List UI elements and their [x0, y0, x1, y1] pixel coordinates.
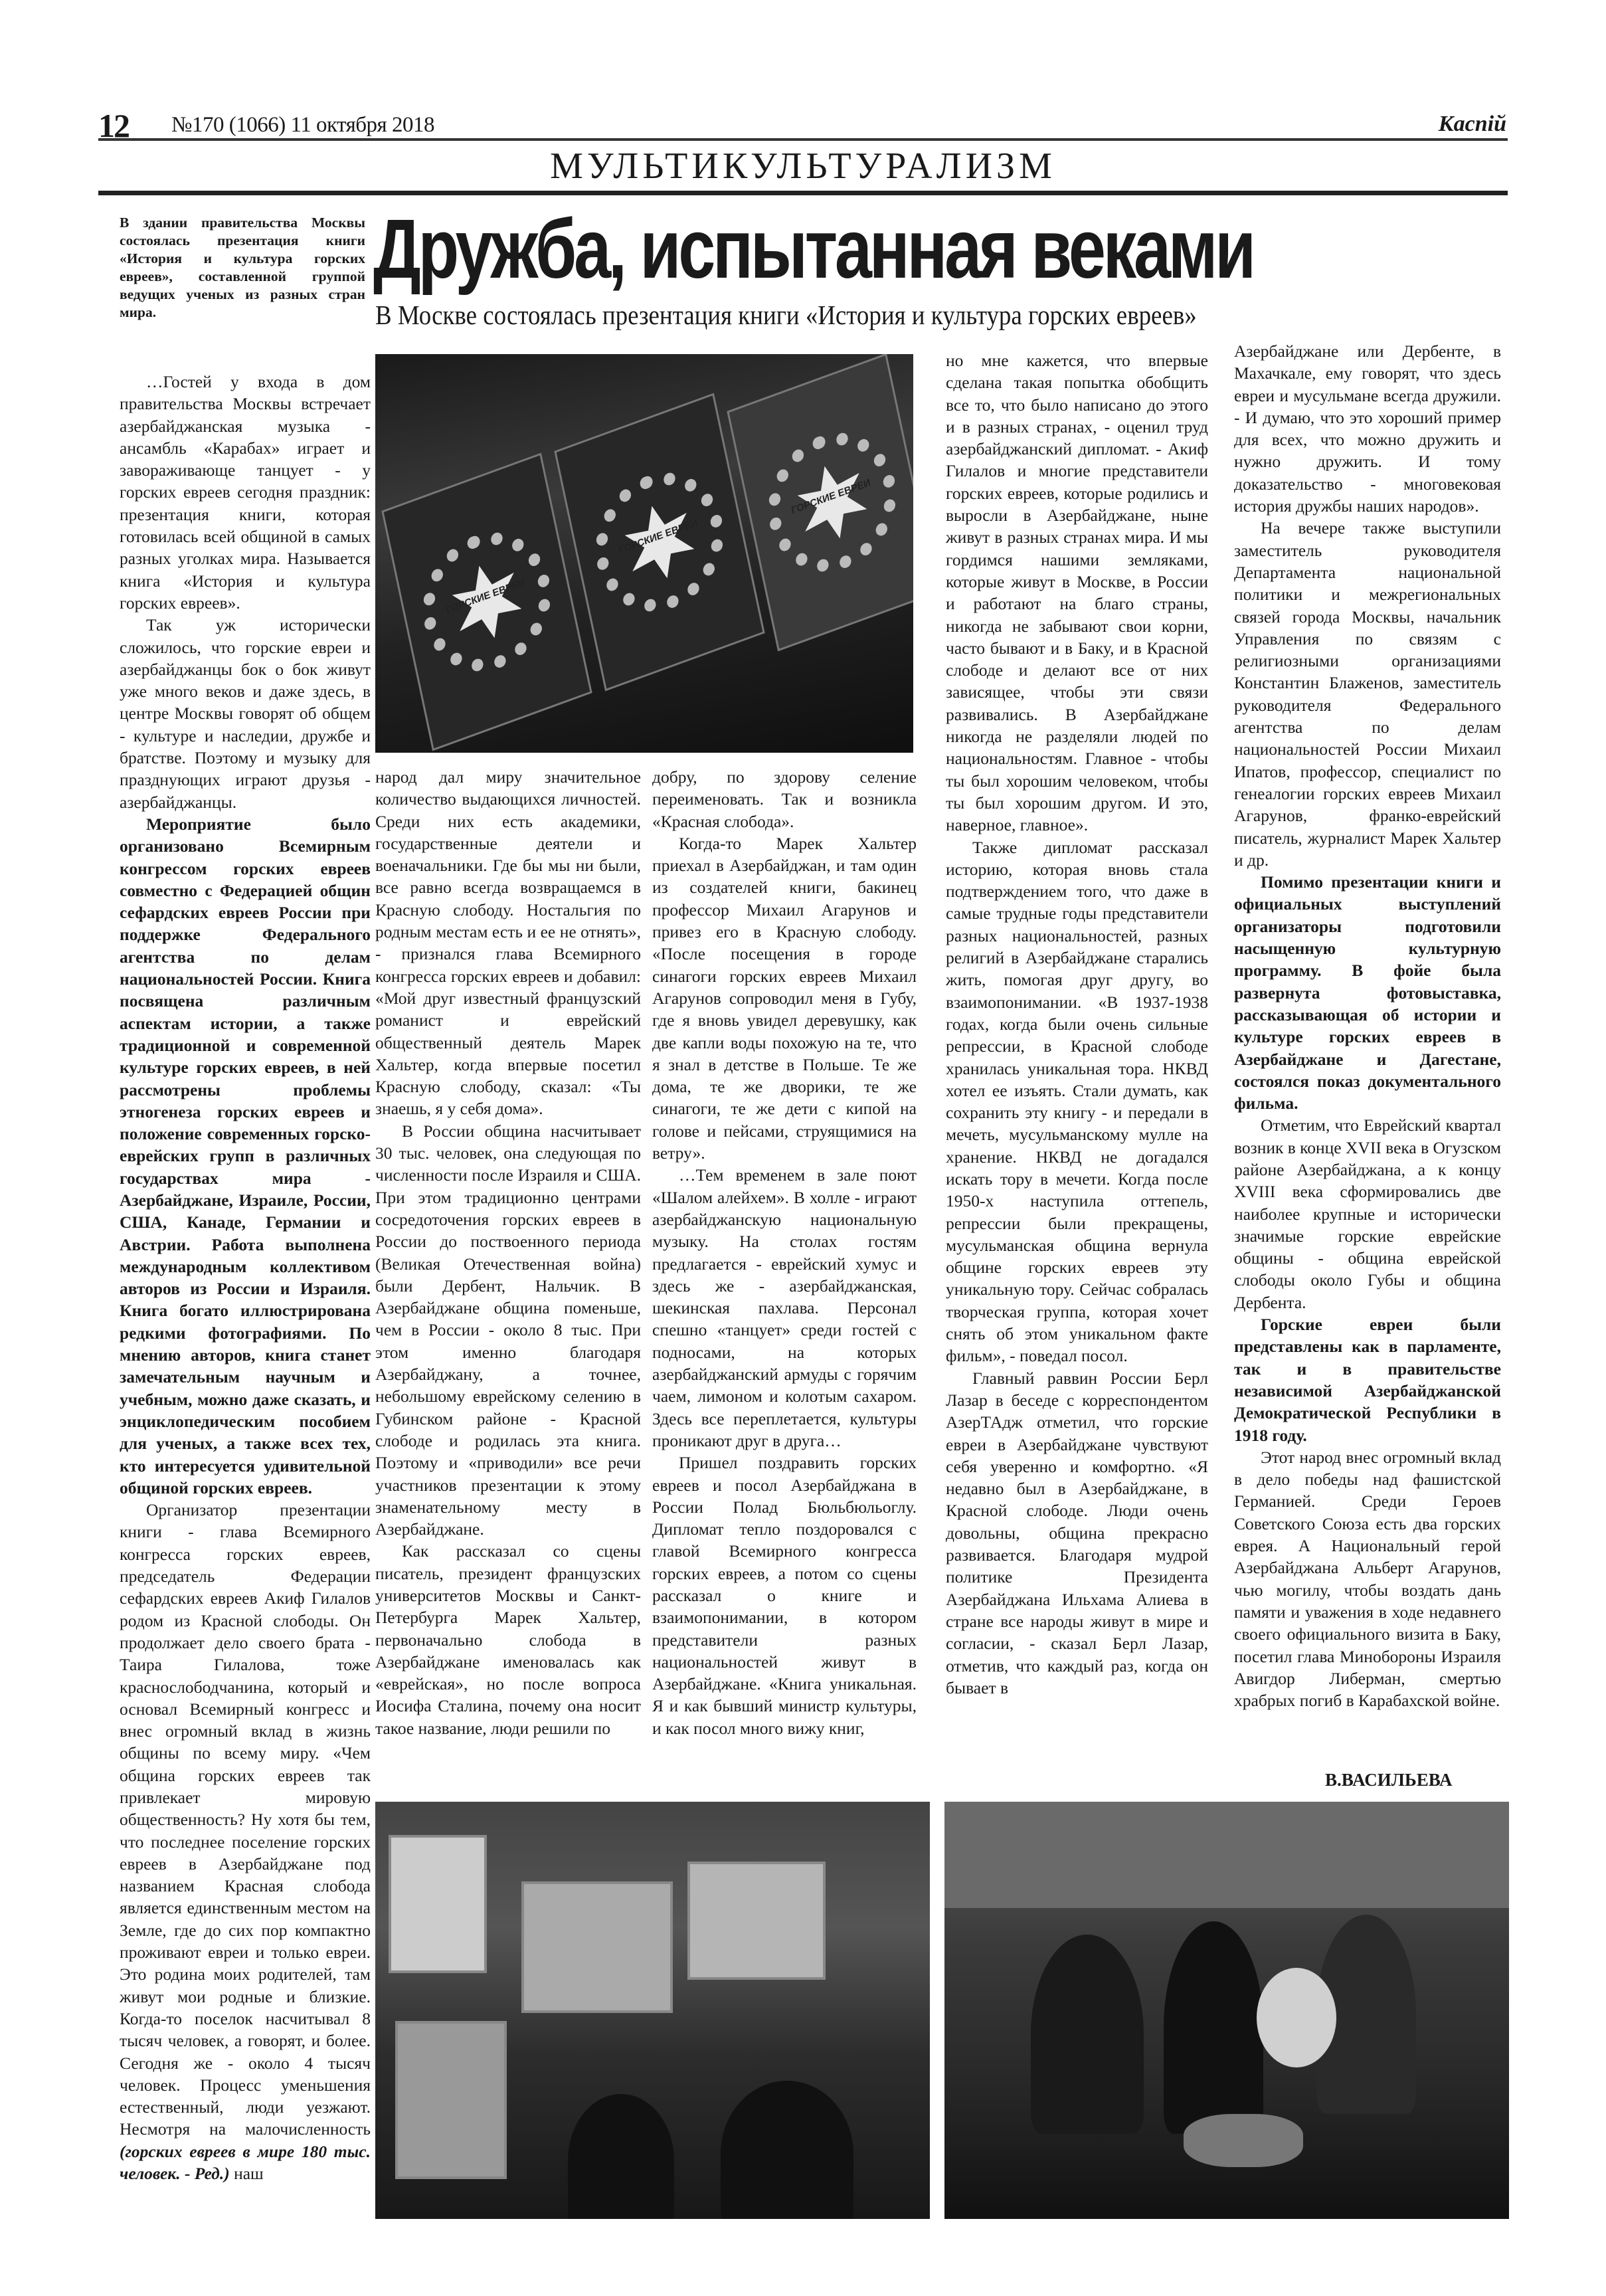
paragraph-tail: наш	[230, 2164, 264, 2183]
paragraph: Горские евреи были представлены как в па…	[1234, 1313, 1501, 1446]
paragraph: Также дипломат рассказал историю, котора…	[946, 836, 1208, 1367]
samovar-table	[1184, 2114, 1303, 2167]
exhibit-portrait	[395, 2021, 507, 2179]
paragraph: Пришел поздравить горских евреев и посол…	[652, 1452, 917, 1739]
carpet-backdrop	[944, 1802, 1509, 1908]
header-rule	[98, 138, 1508, 141]
visitor-silhouette	[568, 2094, 674, 2219]
musician-silhouette	[1031, 1935, 1144, 2134]
drum	[1257, 1968, 1336, 2067]
paragraph: В России община насчитывает 30 тыс. чело…	[375, 1120, 641, 1541]
article-headline: Дружба, испытанная веками	[373, 207, 1322, 291]
article-column-3: добру, по здорову селение переименовать.…	[652, 766, 917, 1739]
publication-name: Каспiй	[1439, 112, 1506, 137]
paragraph: На вечере также выступили заместитель ру…	[1234, 517, 1501, 871]
paragraph: Отметим, что Еврейский квартал возник в …	[1234, 1114, 1501, 1313]
article-column-2: народ дал миру значительное количество в…	[375, 766, 641, 1739]
article-column-1: …Гостей у входа в дом правительства Моск…	[120, 371, 371, 2184]
article-column-5: Азербайджане или Дербенте, в Махачкале, …	[1234, 340, 1501, 1711]
paragraph-text: Организатор презентации книги - глава Вс…	[120, 1500, 371, 2139]
paragraph: Как рассказал со сцены писатель, президе…	[375, 1540, 641, 1739]
paragraph: Когда-то Марек Хальтер приехал в Азербай…	[652, 832, 917, 1164]
paragraph: Главный раввин России Берл Лазар в бесед…	[946, 1367, 1208, 1699]
paragraph: …Тем временем в зале поют «Шалом алейхем…	[652, 1164, 917, 1452]
paragraph: но мне кажется, что впервые сделана така…	[946, 349, 1208, 836]
paragraph: Мероприятие было организовано Всемирным …	[120, 813, 371, 1499]
photo-book-display: ГОРСКИЕ ЕВРЕИ ГОРСКИЕ ЕВРЕИ ГОРСКИЕ ЕВРЕ…	[375, 354, 913, 753]
paragraph: народ дал миру значительное количество в…	[375, 766, 641, 1120]
exhibit-group-photo	[521, 1881, 673, 2013]
paragraph: Азербайджане или Дербенте, в Махачкале, …	[1234, 340, 1501, 517]
visitor-silhouette	[721, 2081, 853, 2219]
article-subheadline: В Москве состоялась презентация книги «И…	[375, 299, 1391, 331]
musician-silhouette	[1164, 1921, 1263, 2134]
photo-exhibition	[375, 1802, 930, 2219]
exhibit-photo	[687, 1862, 826, 1980]
issue-info: №170 (1066) 11 октября 2018	[171, 113, 434, 138]
paragraph: …Гостей у входа в дом правительства Моск…	[120, 371, 371, 614]
exhibit-portrait	[389, 1835, 487, 1973]
paragraph: Этот народ внес огромный вклад в дело по…	[1234, 1446, 1501, 1712]
book-cover: ГОРСКИЕ ЕВРЕИ	[381, 452, 592, 751]
section-rubric: МУЛЬТИКУЛЬТУРАЛИЗМ	[98, 145, 1508, 187]
article-author: В.ВАСИЛЬЕВА	[1325, 1770, 1453, 1790]
photo-musicians	[944, 1802, 1509, 2219]
paragraph: Организатор презентации книги - глава Вс…	[120, 1499, 371, 2184]
paragraph: добру, по здорову селение переименовать.…	[652, 766, 917, 832]
article-column-4: но мне кажется, что впервые сделана така…	[946, 349, 1208, 1699]
rubric-rule	[98, 191, 1508, 195]
paragraph: Так уж исторически сложилось, что горски…	[120, 614, 371, 813]
article-lead: В здании правительства Москвы состоялась…	[120, 214, 365, 322]
paragraph: Помимо презентации книги и официальных в…	[1234, 871, 1501, 1114]
